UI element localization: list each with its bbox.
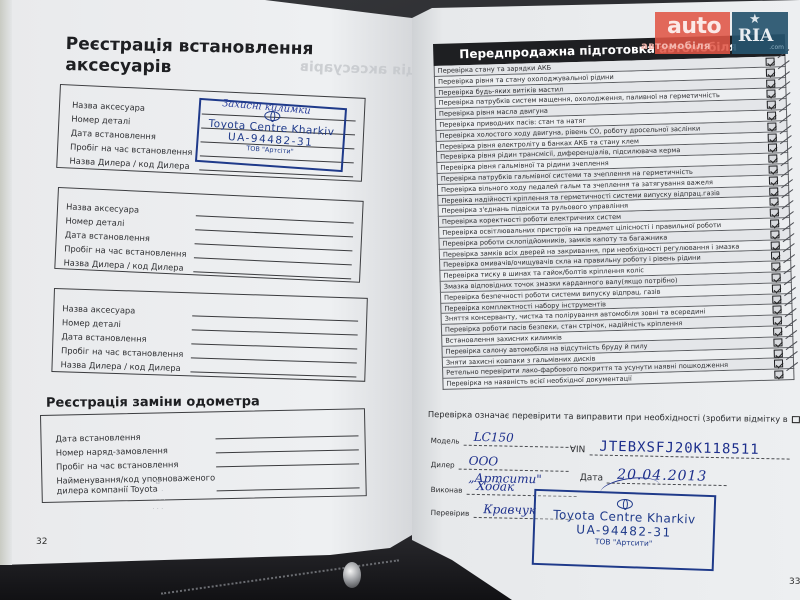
- accessory-form-3: Назва аксесуара Номер деталі Дата встано…: [51, 288, 367, 382]
- odometer-form: Дата встановлення Номер наряд-замовлення…: [40, 408, 367, 503]
- checked-checkbox-icon[interactable]: [767, 111, 776, 119]
- dealer-label: Дилер: [431, 460, 455, 469]
- checked-checkbox-icon[interactable]: [774, 349, 783, 357]
- checked-checkbox-icon[interactable]: [766, 90, 775, 98]
- watermark-domain: .com: [769, 44, 784, 51]
- checked-checkbox-icon[interactable]: [771, 252, 780, 260]
- watermark-auto-text: auto: [667, 14, 721, 39]
- checked-checkbox-icon[interactable]: [768, 144, 777, 152]
- checked-checkbox-icon[interactable]: [772, 284, 781, 292]
- autoria-watermark-ria: ★ RIA .com: [732, 12, 788, 54]
- dealer-value[interactable]: ООО „Артсити": [459, 453, 569, 472]
- checked-checkbox-icon[interactable]: [769, 176, 778, 184]
- fill-line[interactable]: [217, 487, 360, 491]
- checked-checkbox-icon[interactable]: [767, 122, 776, 130]
- field-label: Назва Дилера / код Дилера: [69, 156, 199, 172]
- accessory-form-2: Назва аксесуара Номер деталі Дата встано…: [54, 187, 363, 283]
- checked-by-label: Перевірив: [431, 508, 470, 518]
- checked-checkbox-icon[interactable]: [773, 338, 782, 346]
- checked-checkbox-icon[interactable]: [771, 241, 780, 249]
- dealer-stamp-right: Toyota Centre Kharkiv UA-94482-31 ТОВ "А…: [532, 489, 717, 571]
- checked-checkbox-icon[interactable]: [770, 219, 779, 227]
- checked-checkbox-icon[interactable]: [774, 370, 783, 378]
- star-icon: ★: [749, 12, 761, 27]
- done-by-label: Виконав: [431, 485, 463, 495]
- checked-checkbox-icon[interactable]: [766, 68, 775, 76]
- model-value[interactable]: LC150: [463, 429, 573, 448]
- checklist-rows: Перевірка стану та зарядки АКБПеревірка …: [434, 56, 795, 390]
- checked-checkbox-icon[interactable]: [772, 273, 781, 281]
- checked-checkbox-icon[interactable]: [774, 360, 783, 368]
- checked-checkbox-icon[interactable]: [770, 209, 779, 217]
- watermark-auto-sub: автомобіля: [641, 41, 711, 52]
- model-field[interactable]: Модель LC150: [431, 428, 574, 448]
- odometer-section-title: Реєстрація заміни одометра: [46, 394, 260, 410]
- model-label: Модель: [431, 436, 460, 446]
- checked-checkbox-icon[interactable]: [773, 327, 782, 335]
- bleed-through-stamp: ✿· · ·· · · ·· · ·: [150, 478, 166, 514]
- dealer-field[interactable]: Дилер ООО „Артсити": [431, 452, 569, 472]
- date-label: Дата: [580, 473, 604, 483]
- fill-line[interactable]: [190, 371, 356, 377]
- snap-button-icon: [343, 562, 361, 588]
- checked-checkbox-icon[interactable]: [766, 57, 775, 65]
- checked-checkbox-icon[interactable]: [769, 187, 778, 195]
- checked-checkbox-icon[interactable]: [770, 230, 779, 238]
- toyota-logo-icon: [617, 499, 633, 510]
- checked-checkbox-icon[interactable]: [768, 155, 777, 163]
- vin-label: VIN: [570, 445, 586, 455]
- checked-checkbox-icon[interactable]: [771, 263, 780, 271]
- checked-checkbox-icon[interactable]: [769, 165, 778, 173]
- checked-checkbox-icon[interactable]: [772, 306, 781, 314]
- field-label: Назва Дилера / код Дилера: [60, 359, 190, 373]
- checked-checkbox-icon[interactable]: [768, 133, 777, 141]
- left-page-edge: [0, 0, 12, 565]
- checked-checkbox-icon[interactable]: [767, 101, 776, 109]
- presale-checklist: Передпродажна підготовка автомобіля Пере…: [433, 34, 795, 390]
- page-number-right: 33: [789, 577, 800, 587]
- field-label: Найменування/код уповноваженого дилера к…: [56, 472, 216, 495]
- checked-checkbox-icon[interactable]: [769, 198, 778, 206]
- autoria-watermark-auto: auto автомобіля: [655, 12, 730, 54]
- checked-checkbox-icon[interactable]: [766, 79, 775, 87]
- checked-checkbox-icon[interactable]: [773, 316, 782, 324]
- page-title: Реєстрація встановлення аксесуарів: [65, 34, 366, 82]
- page-number-left: 32: [36, 537, 47, 547]
- watermark-ria-text: RIA: [738, 26, 773, 46]
- checked-checkbox-icon[interactable]: [772, 295, 781, 303]
